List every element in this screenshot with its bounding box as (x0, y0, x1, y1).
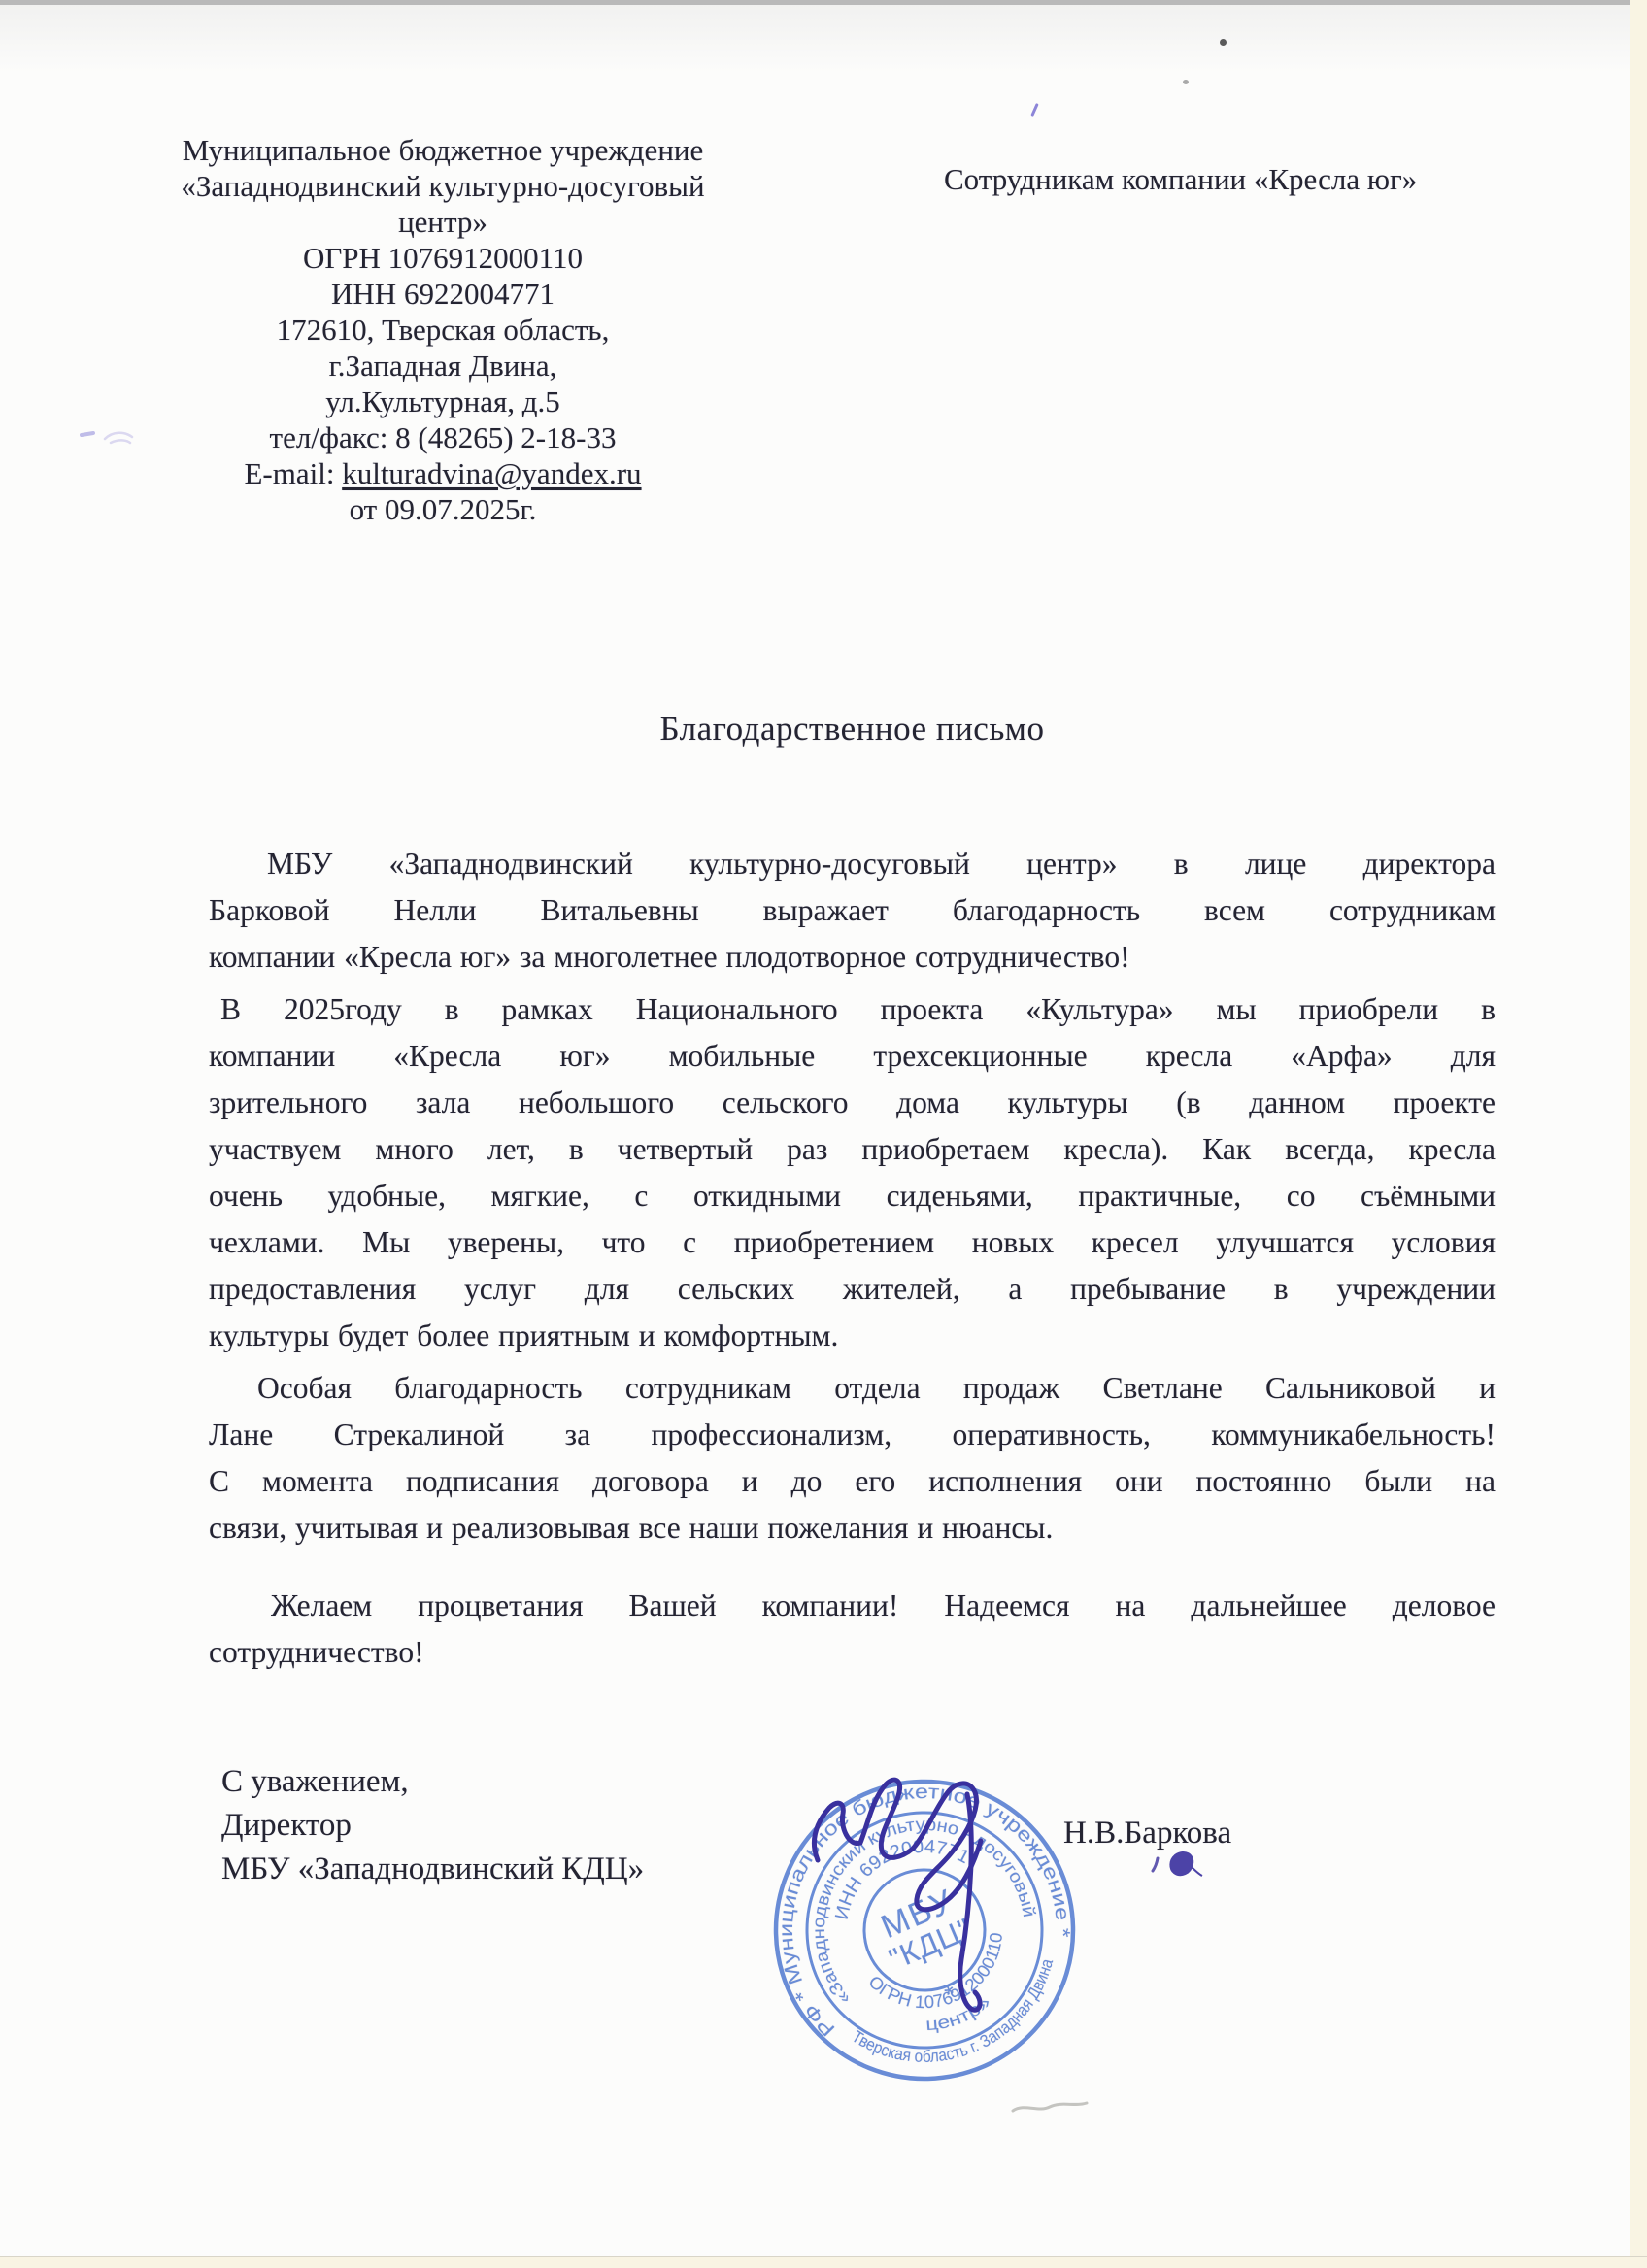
scan-top-shade (0, 5, 1647, 73)
text-line: Особая благодарность сотрудникам отдела … (209, 1365, 1496, 1412)
text-line: зрительного зала небольшого сельского до… (209, 1080, 1496, 1126)
text-line: С момента подписания договора и до его и… (209, 1458, 1496, 1505)
scan-bottom-edge (0, 2256, 1647, 2268)
scanned-letter-page: Муниципальное бюджетное учреждение«Запад… (0, 0, 1647, 2268)
official-stamp: РФ * Муниципальное бюджетное учреждение … (759, 1765, 1090, 2095)
sender-letterhead: Муниципальное бюджетное учреждение«Запад… (146, 132, 740, 527)
text-line: ул.Культурная, д.5 (146, 384, 740, 419)
pencil-squiggle (1005, 2095, 1092, 2120)
scan-right-edge (1630, 0, 1647, 2268)
text-line: 172610, Тверская область, (146, 312, 740, 348)
closing-block: С уважением,ДиректорМБУ «Западнодвинский… (221, 1760, 644, 1891)
sender-lines: Муниципальное бюджетное учреждение«Запад… (146, 132, 740, 455)
email-label: E-mail: (244, 456, 342, 490)
text-line: чехлами. Мы уверены, что с приобретением… (209, 1219, 1496, 1266)
recipient-line: Сотрудникам компании «Кресла юг» (944, 162, 1417, 197)
text-line: культуры будет более приятным и комфортн… (209, 1313, 1496, 1359)
sender-email-line: E-mail: kulturadvina@yandex.ru (146, 455, 740, 491)
text-line: «Западнодвинский культурно-досуговый (146, 168, 740, 204)
text-line: предоставления услуг для сельских жителе… (209, 1266, 1496, 1313)
paragraph-gratitude: МБУ «Западнодвинский культурно-досуговый… (209, 841, 1496, 981)
text-line: С уважением, (221, 1760, 644, 1804)
text-line: участвуем много лет, в четвертый раз при… (209, 1126, 1496, 1173)
paragraph-sales-team: Особая благодарность сотрудникам отдела … (209, 1365, 1496, 1551)
text-line: тел/факс: 8 (48265) 2-18-33 (146, 419, 740, 455)
paragraph-wishes: Желаем процветания Вашей компании! Надее… (209, 1583, 1496, 1676)
text-line: Лане Стрекалиной за профессионализм, опе… (209, 1412, 1496, 1458)
text-line: Муниципальное бюджетное учреждение (146, 132, 740, 168)
text-line: Желаем процветания Вашей компании! Надее… (209, 1583, 1496, 1629)
email-link: kulturadvina@yandex.ru (342, 456, 641, 490)
text-line: связи, учитывая и реализовывая все наши … (209, 1505, 1496, 1551)
ink-speck (1030, 103, 1038, 117)
text-line: компании «Кресла юг» мобильные трехсекци… (209, 1033, 1496, 1080)
stamp-imprint: РФ * Муниципальное бюджетное учреждение … (759, 1765, 1090, 2095)
scan-speck (1220, 39, 1227, 46)
text-line: ИНН 6922004771 (146, 276, 740, 312)
text-line: Барковой Нелли Витальевны выражает благо… (209, 887, 1496, 934)
text-line: ОГРН 1076912000110 (146, 240, 740, 276)
text-line: МБУ «Западнодвинский КДЦ» (221, 1848, 644, 1891)
letter-title: Благодарственное письмо (209, 710, 1496, 749)
ink-blot (1146, 1841, 1214, 1889)
text-line: В 2025году в рамках Национального проект… (209, 986, 1496, 1033)
text-line: МБУ «Западнодвинский культурно-досуговый… (209, 841, 1496, 887)
text-line: г.Западная Двина, (146, 348, 740, 384)
letter-date: от 09.07.2025г. (146, 491, 740, 527)
pen-smudge (68, 417, 146, 456)
text-line: сотрудничество! (209, 1629, 1496, 1676)
text-line: очень удобные, мягкие, с откидными сиден… (209, 1173, 1496, 1219)
text-line: центр» (146, 204, 740, 240)
scan-speck (1183, 80, 1189, 84)
text-line: Директор (221, 1804, 644, 1848)
text-line: компании «Кресла юг» за многолетнее плод… (209, 934, 1496, 981)
paragraph-purchase: В 2025году в рамках Национального проект… (209, 986, 1496, 1359)
letter-body: МБУ «Западнодвинский культурно-досуговый… (209, 841, 1496, 1676)
